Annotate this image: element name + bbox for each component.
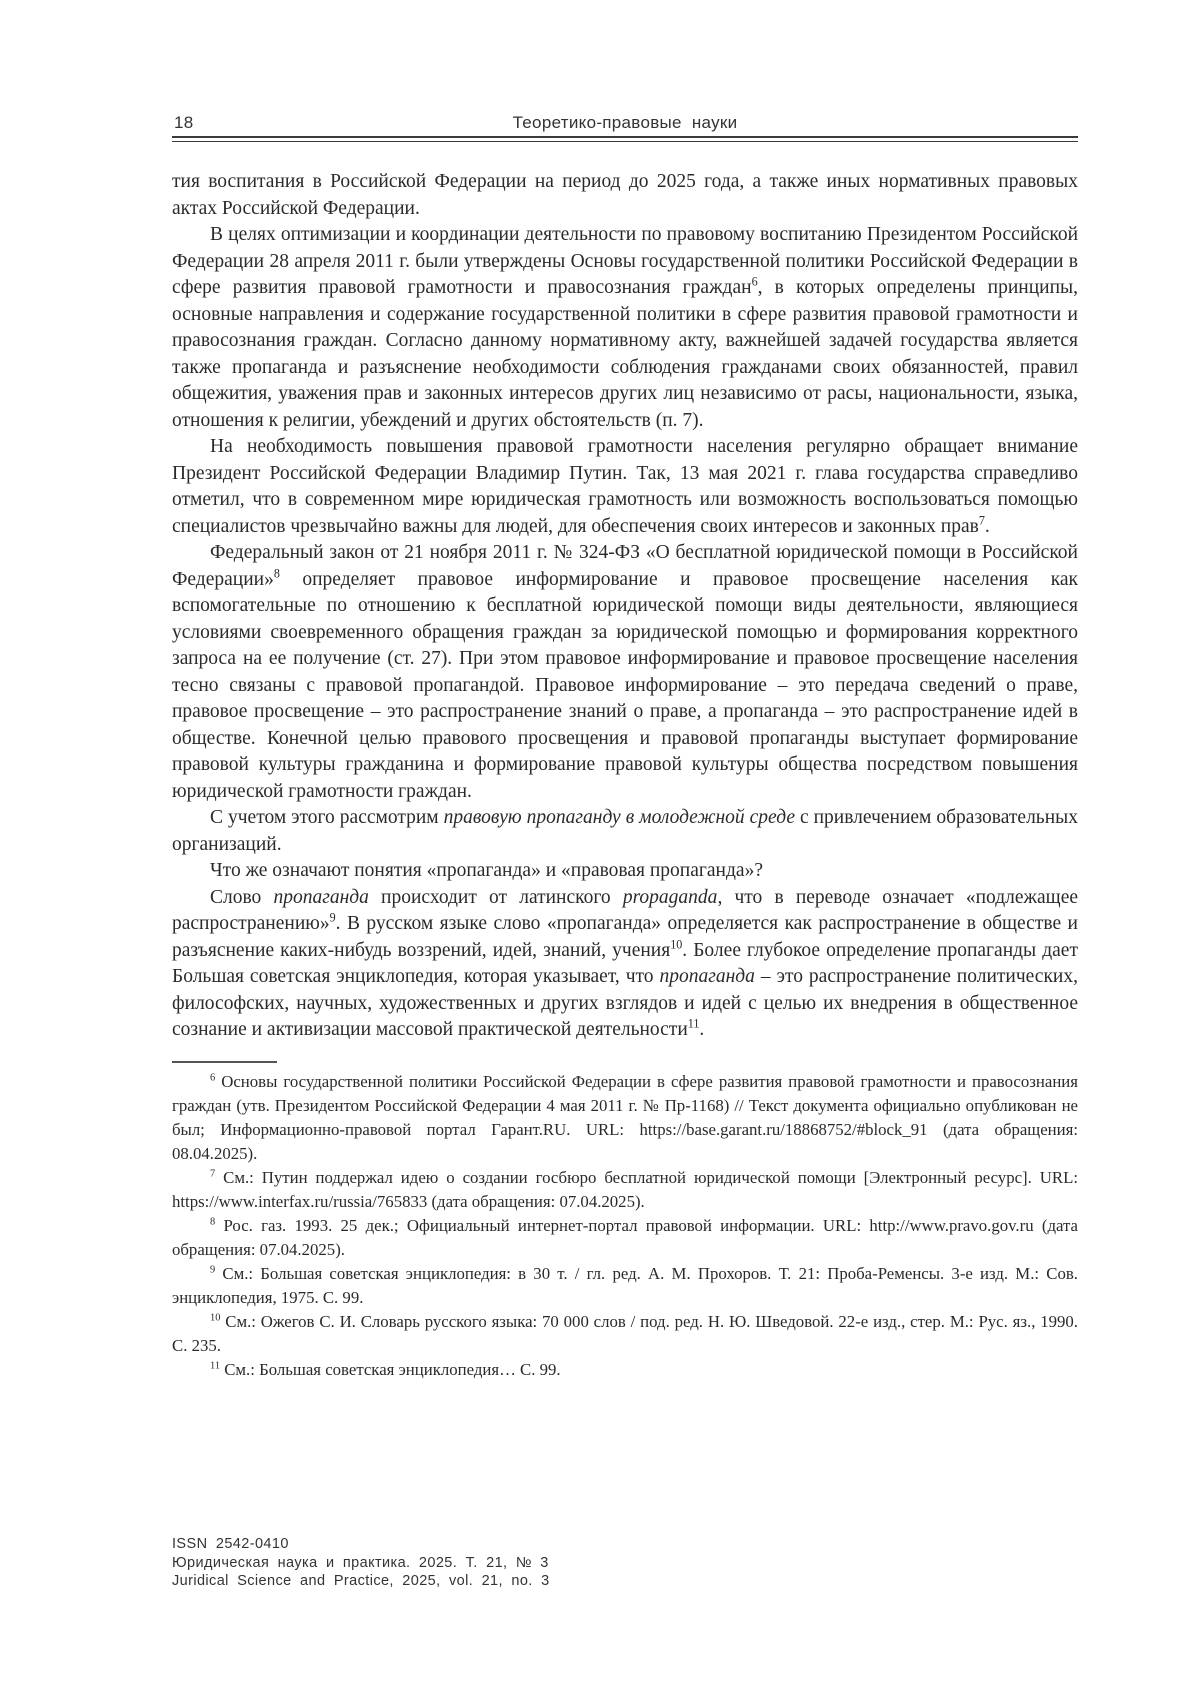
emphasis-text: правовую пропаганду в молодежной среде xyxy=(444,807,795,828)
footnote: 6 Основы государственной политики Россий… xyxy=(172,1070,1078,1166)
header-row: 18 Теоретико-правовые науки xyxy=(172,112,1078,133)
footnote-text: См.: Ожегов С. И. Словарь русского языка… xyxy=(172,1312,1078,1355)
footnote: 9 См.: Большая советская энциклопедия: в… xyxy=(172,1262,1078,1310)
emphasis-text: пропаганда xyxy=(660,966,755,987)
footnote-number: 10 xyxy=(210,1312,220,1323)
text-run: С учетом этого рассмотрим xyxy=(210,807,444,828)
text-run: происходит от латинского xyxy=(369,887,623,908)
page-header: 18 Теоретико-правовые науки xyxy=(172,112,1078,142)
footnote: 8 Рос. газ. 1993. 25 дек.; Официальный и… xyxy=(172,1214,1078,1262)
text-run: На необходимость повышения правовой грам… xyxy=(172,436,1078,537)
footnote-number: 11 xyxy=(210,1360,220,1371)
footnotes-section: 6 Основы государственной политики Россий… xyxy=(172,1070,1078,1382)
text-run: Слово xyxy=(210,887,273,908)
text-run: , в которых определены принципы, основны… xyxy=(172,277,1078,431)
footnote-text: См.: Путин поддержал идею о создании гос… xyxy=(172,1168,1078,1211)
paragraph: Слово пропаганда происходит от латинског… xyxy=(172,885,1078,1044)
footnote-text: Основы государственной политики Российск… xyxy=(172,1072,1078,1163)
footnote-ref: 11 xyxy=(688,1017,700,1031)
emphasis-text: propaganda xyxy=(623,887,718,908)
footnote-text: Рос. газ. 1993. 25 дек.; Официальный инт… xyxy=(172,1216,1078,1259)
footnote: 11 См.: Большая советская энциклопедия… … xyxy=(172,1358,1078,1382)
header-rule xyxy=(172,136,1078,142)
footnote-separator xyxy=(172,1061,277,1063)
text-run: Что же означают понятия «пропаганда» и «… xyxy=(210,860,763,881)
text-run: тия воспитания в Российской Федерации на… xyxy=(172,171,1078,219)
footnote: 10 См.: Ожегов С. И. Словарь русского яз… xyxy=(172,1310,1078,1358)
paragraph: На необходимость повышения правовой грам… xyxy=(172,434,1078,540)
running-title: Теоретико-правовые науки xyxy=(172,113,1078,133)
text-run: определяет правовое информирование и пра… xyxy=(172,569,1078,802)
paragraph: Что же означают понятия «пропаганда» и «… xyxy=(172,858,1078,885)
journal-page: 18 Теоретико-правовые науки тия воспитан… xyxy=(0,0,1200,1698)
paragraph: В целях оптимизации и координации деятел… xyxy=(172,222,1078,434)
footnote-text: См.: Большая советская энциклопедия: в 3… xyxy=(172,1264,1078,1307)
paragraph: С учетом этого рассмотрим правовую пропа… xyxy=(172,805,1078,858)
footnote-text: См.: Большая советская энциклопедия… С. … xyxy=(220,1360,561,1379)
article-body: тия воспитания в Российской Федерации на… xyxy=(172,169,1078,1044)
footnote-ref: 10 xyxy=(670,937,682,951)
paragraph: тия воспитания в Российской Федерации на… xyxy=(172,169,1078,222)
footnote: 7 См.: Путин поддержал идею о создании г… xyxy=(172,1166,1078,1214)
page-footer: ISSN 2542-0410 Юридическая наука и практ… xyxy=(172,1535,550,1591)
journal-line-en: Juridical Science and Practice, 2025, vo… xyxy=(172,1572,550,1591)
text-run: . xyxy=(699,1019,704,1040)
paragraph: Федеральный закон от 21 ноября 2011 г. №… xyxy=(172,540,1078,805)
issn-line: ISSN 2542-0410 xyxy=(172,1535,550,1554)
emphasis-text: пропаганда xyxy=(273,887,368,908)
text-run: . xyxy=(985,516,990,537)
journal-line-ru: Юридическая наука и практика. 2025. Т. 2… xyxy=(172,1554,550,1573)
